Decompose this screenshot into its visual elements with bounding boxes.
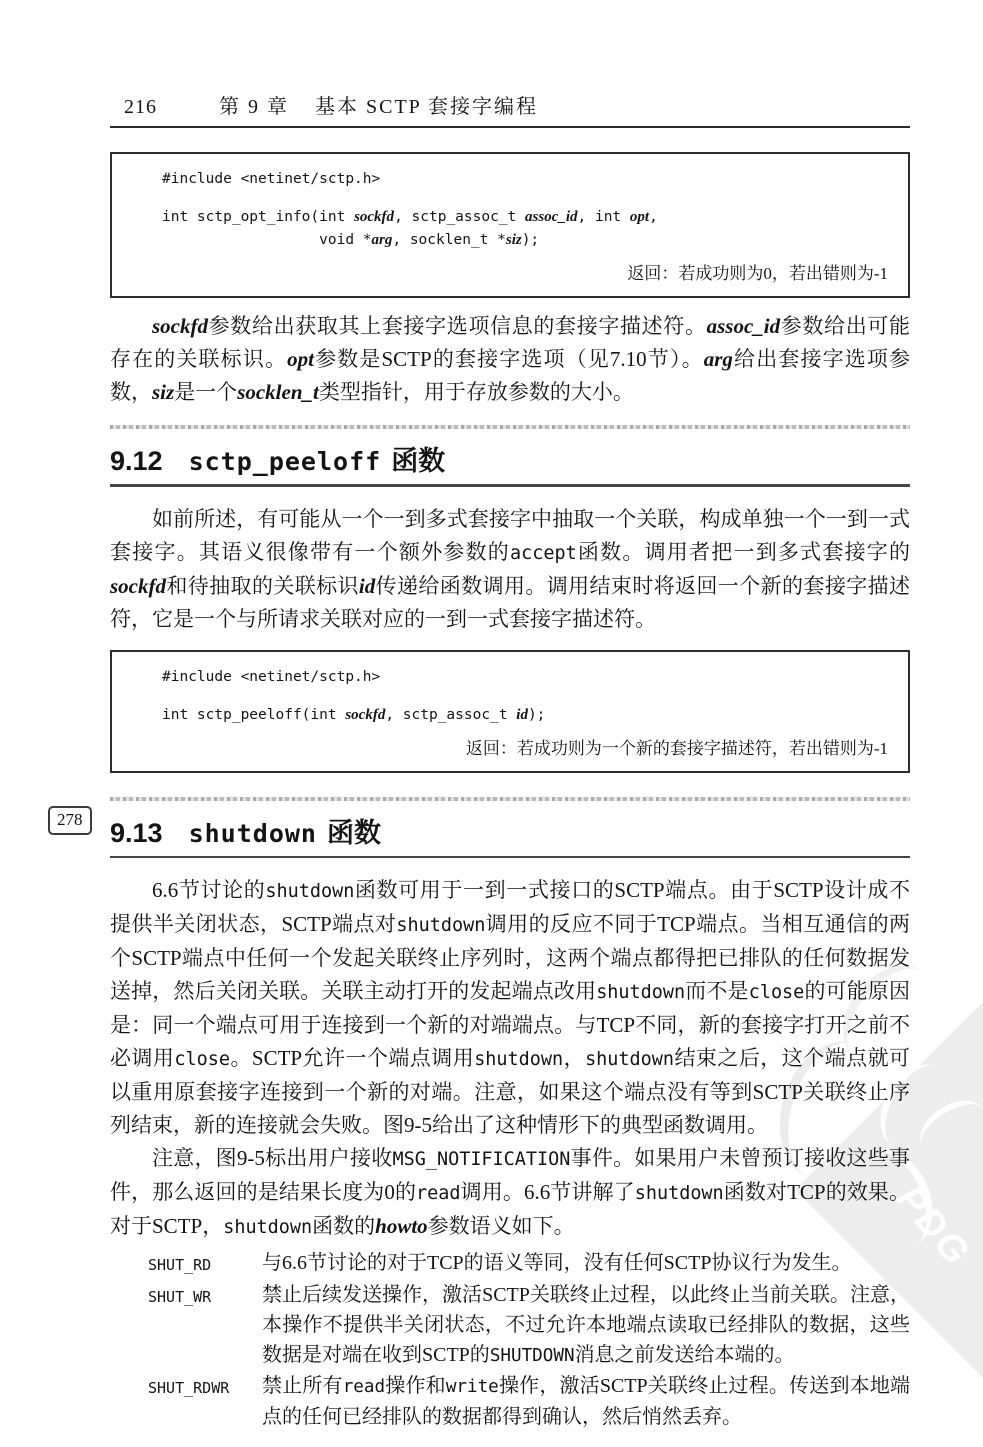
text-segment: shutdown <box>596 982 685 1003</box>
return-value-note: 返回：若成功则为0，若出错则为-1 <box>162 262 894 286</box>
chapter-number: 第 9 章 <box>219 90 289 119</box>
definition-term: SHUT_WR <box>148 1280 262 1312</box>
text-segment: ); <box>528 707 545 723</box>
paragraph-sockfd-desc: sockfd参数给出获取其上套接字选项信息的套接字描述符。assoc_id参数给… <box>110 310 910 409</box>
paragraph-shutdown-2: 注意，图9-5标出用户接收MSG_NOTIFICATION事件。如果用户未曾预订… <box>110 1142 910 1244</box>
margin-page-ref: 278 <box>48 806 92 835</box>
text-segment: 禁止所有 <box>262 1375 343 1397</box>
text-segment: sockfd <box>354 209 394 225</box>
text-segment: opt <box>630 209 649 225</box>
definition-description: 禁止所有read操作和write操作，激活SCTP关联终止过程。传送到本地端点的… <box>262 1371 910 1432</box>
text-segment: shutdown <box>635 1183 724 1204</box>
text-segment: arg <box>704 347 733 371</box>
text-segment: socklen_t <box>237 380 319 404</box>
section-912-heading: 9.12 sctp_peeloff 函数 <box>110 439 910 478</box>
definition-row: SHUT_RDWR 禁止所有read操作和write操作，激活SCTP关联终止过… <box>148 1371 910 1432</box>
definition-term: SHUT_RDWR <box>148 1371 262 1403</box>
text-segment: id <box>516 707 528 723</box>
section-number: 9.12 <box>110 446 163 477</box>
text-segment: 函数。调用者把一到多式套接字的 <box>577 540 910 564</box>
text-segment: sockfd <box>345 707 385 723</box>
section-suffix: 函数 <box>327 811 381 850</box>
definition-row: SHUT_WR 禁止后续发送操作，激活SCTP关联终止过程，以此终止当前关联。注… <box>148 1280 910 1371</box>
text-segment: id <box>359 574 375 598</box>
text-segment: arg <box>372 232 393 248</box>
page-number: 216 <box>124 96 157 119</box>
text-segment: write <box>446 1377 499 1397</box>
text-segment: siz <box>152 380 174 404</box>
text-segment: 是一个 <box>174 380 237 404</box>
text-segment: #include <netinet/sctp.h> <box>162 669 380 685</box>
text-segment: 和待抽取的关联标识 <box>166 574 359 598</box>
howto-definition-list: SHUT_RD 与6.6节讨论的对于TCP的语义等同，没有任何SCTP协议行为发… <box>110 1248 910 1432</box>
text-segment: MSG_NOTIFICATION <box>392 1149 570 1170</box>
code-include-line: #include <netinet/sctp.h> <box>162 666 894 689</box>
watermark-stroke <box>910 1089 983 1166</box>
text-segment: shutdown <box>474 1049 563 1070</box>
text-segment: 类型指针，用于存放参数的大小。 <box>319 380 634 404</box>
text-segment: 6.6节讨论的 <box>152 878 265 902</box>
text-segment: close <box>749 982 805 1003</box>
section-number: 9.13 <box>110 818 163 849</box>
return-value-note: 返回：若成功则为一个新的套接字描述符，若出错则为-1 <box>162 737 894 761</box>
text-segment: 。SCTP允许一个端点调用 <box>230 1046 474 1070</box>
text-segment: read <box>343 1377 385 1397</box>
text-segment: , sctp_assoc_t <box>394 209 525 225</box>
definition-term: SHUT_RD <box>148 1248 262 1280</box>
text-segment: , int <box>578 209 630 225</box>
section-suffix: 函数 <box>391 439 445 478</box>
text-segment: ， <box>563 1046 585 1070</box>
section-bottom-rule <box>110 484 910 487</box>
text-segment: , sctp_assoc_t <box>385 707 516 723</box>
section-bottom-rule <box>110 856 910 859</box>
text-segment: siz <box>506 232 522 248</box>
definition-row: SHUT_RD 与6.6节讨论的对于TCP的语义等同，没有任何SCTP协议行为发… <box>148 1248 910 1280</box>
code-blank-line <box>162 689 894 704</box>
text-segment: 函数的 <box>312 1214 375 1238</box>
running-head: 216 第 9 章 基本 SCTP 套接字编程 <box>110 90 910 128</box>
code-prototype-line: void *arg, socklen_t *siz); <box>162 229 894 252</box>
text-segment: sockfd <box>152 314 208 338</box>
text-segment: 注意，图9-5标出用户接收 <box>152 1146 392 1170</box>
section-913-heading: 9.13 shutdown 函数 <box>110 811 910 850</box>
text-segment: 参数是SCTP的套接字选项（见7.10节）。 <box>314 347 704 371</box>
text-segment: 操作和 <box>385 1375 446 1397</box>
text-segment: void * <box>162 232 372 248</box>
text-segment: , socklen_t * <box>392 232 506 248</box>
text-segment: ); <box>522 232 539 248</box>
section-top-rule <box>110 425 910 429</box>
section-913-block: 9.13 shutdown 函数 <box>110 797 910 859</box>
text-segment: SHUTDOWN <box>490 1346 575 1366</box>
text-segment: int sctp_opt_info(int <box>162 209 354 225</box>
code-box-sctp-opt-info: #include <netinet/sctp.h> int sctp_opt_i… <box>110 152 910 298</box>
book-page-scan: PDG 278 216 第 9 章 基本 SCTP 套接字编程 #include… <box>0 0 983 1447</box>
text-segment: shutdown <box>223 1217 312 1238</box>
text-segment: assoc_id <box>707 314 781 338</box>
text-segment: assoc_id <box>525 209 578 225</box>
paragraph-peeloff-desc: 如前所述，有可能从一个一到多式套接字中抽取一个关联，构成单独一个一到一式套接字。… <box>110 503 910 636</box>
text-segment: 参数给出获取其上套接字选项信息的套接字描述符。 <box>208 314 707 338</box>
text-segment: 参数语义如下。 <box>428 1214 575 1238</box>
section-top-rule <box>110 797 910 801</box>
code-prototype-line: int sctp_opt_info(int sockfd, sctp_assoc… <box>162 206 894 229</box>
text-segment: read <box>416 1183 460 1204</box>
text-segment: 消息之前发送给本端的。 <box>575 1344 795 1366</box>
definition-description: 与6.6节讨论的对于TCP的语义等同，没有任何SCTP协议行为发生。 <box>262 1248 910 1278</box>
paragraph-shutdown-1: 6.6节讨论的shutdown函数可用于一到一式接口的SCTP端点。由于SCTP… <box>110 874 910 1142</box>
text-segment: 而不是 <box>685 979 749 1003</box>
text-segment: shutdown <box>585 1049 674 1070</box>
section-function-name: shutdown <box>189 819 317 848</box>
code-include-line: #include <netinet/sctp.h> <box>162 168 894 191</box>
text-segment: #include <netinet/sctp.h> <box>162 171 380 187</box>
text-segment: 调用。6.6节讲解了 <box>461 1180 635 1204</box>
text-segment: 与6.6节讨论的对于TCP的语义等同，没有任何SCTP协议行为发生。 <box>262 1252 851 1274</box>
definition-description: 禁止后续发送操作，激活SCTP关联终止过程，以此终止当前关联。注意，本操作不提供… <box>262 1280 910 1371</box>
page-content: 216 第 9 章 基本 SCTP 套接字编程 #include <netine… <box>110 0 910 1432</box>
text-segment: int sctp_peeloff(int <box>162 707 345 723</box>
chapter-title: 基本 SCTP 套接字编程 <box>315 90 538 119</box>
text-segment: shutdown <box>265 881 354 902</box>
text-segment: howto <box>375 1214 428 1238</box>
code-box-sctp-peeloff: #include <netinet/sctp.h> int sctp_peelo… <box>110 650 910 773</box>
text-segment: accept <box>510 543 577 564</box>
code-blank-line <box>162 191 894 206</box>
text-segment: close <box>174 1049 230 1070</box>
section-912-block: 9.12 sctp_peeloff 函数 <box>110 425 910 487</box>
text-segment: sockfd <box>110 574 166 598</box>
code-prototype-line: int sctp_peeloff(int sockfd, sctp_assoc_… <box>162 704 894 727</box>
text-segment: shutdown <box>396 915 485 936</box>
text-segment: , <box>649 209 658 225</box>
section-function-name: sctp_peeloff <box>189 447 382 476</box>
text-segment: opt <box>287 347 314 371</box>
